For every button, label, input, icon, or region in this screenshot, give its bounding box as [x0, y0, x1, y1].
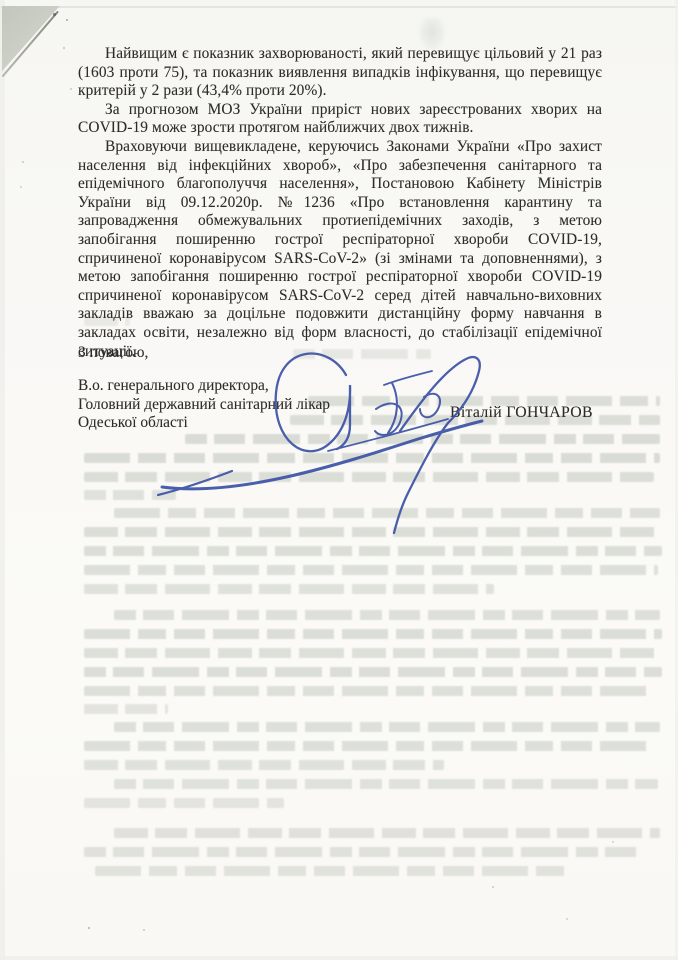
ghost-text-line: [84, 667, 662, 677]
handwritten-signature: [148, 335, 493, 545]
ghost-text-line: [84, 648, 658, 658]
ghost-text-line: [114, 610, 660, 620]
ghost-text-line: [84, 847, 644, 857]
ghost-text-line: [95, 866, 570, 876]
ghost-text-line: [84, 686, 650, 696]
ghost-text-line: [84, 798, 284, 808]
ghost-text-line: [84, 704, 168, 714]
closing-salutation: З повагою,: [78, 344, 148, 362]
ghost-text-line: [84, 546, 662, 556]
ghost-text-line: [114, 779, 658, 789]
body-paragraph: Найвищим є показник захворюваності, який…: [78, 45, 602, 101]
body-paragraph: Враховуючи вищевикладене, керуючись Зако…: [78, 138, 602, 361]
ghost-text-line: [84, 565, 658, 575]
scanned-letter-page: Найвищим є показник захворюваності, який…: [0, 0, 678, 960]
letter-body: Найвищим є показник захворюваності, який…: [78, 45, 602, 361]
ghost-text-line: [114, 828, 660, 838]
body-paragraph: За прогнозом МОЗ України приріст нових з…: [78, 101, 602, 138]
ghost-text-line: [84, 584, 494, 594]
ghost-text-line: [114, 722, 660, 732]
ghost-text-line: [84, 760, 444, 770]
ghost-text-line: [84, 629, 662, 639]
ghost-text-line: [84, 741, 650, 751]
